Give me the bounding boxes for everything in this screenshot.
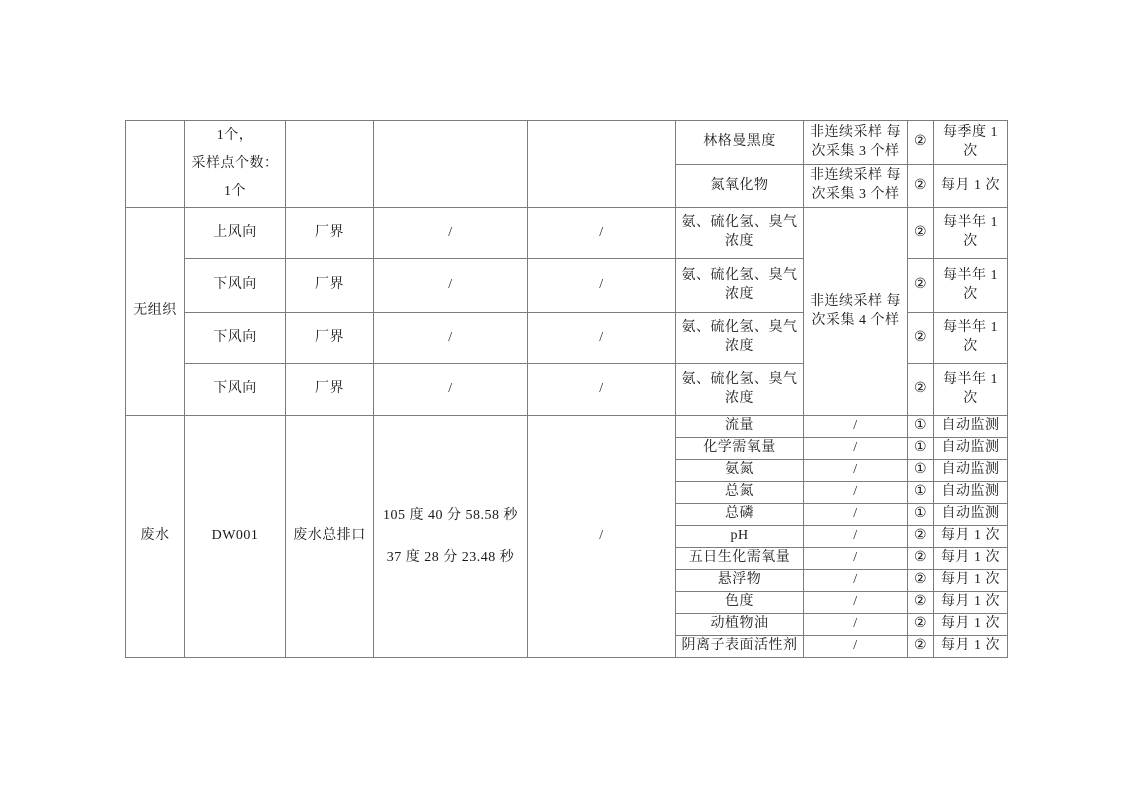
sampling-method-cell: / [804,548,908,570]
method-mark-cell: ② [908,259,934,313]
method-mark-cell: ② [908,570,934,592]
slash-cell: / [374,208,528,259]
method-mark-cell: ② [908,208,934,259]
sampling-method-cell: / [804,614,908,636]
location-cell: 厂界 [286,364,374,416]
sample-point-line: 1个， [188,122,282,150]
longitude-text: 105 度 40 分 58.58 秒 [377,507,524,525]
slash-cell: / [528,313,676,364]
method-mark-cell: ② [908,592,934,614]
sampling-method-cell: / [804,526,908,548]
sampling-method-cell: 非连续采样 每次采集 4 个样 [804,208,908,416]
pollutant-cell: 林格曼黑度 [676,121,804,165]
frequency-cell: 每半年 1 次 [934,259,1008,313]
outlet-code-cell: DW001 [185,416,286,658]
method-mark-cell: ① [908,482,934,504]
frequency-cell: 每月 1 次 [934,165,1008,208]
outlet-name-cell: 废水总排口 [286,416,374,658]
pollutant-cell: 色度 [676,592,804,614]
frequency-cell: 每半年 1 次 [934,364,1008,416]
frequency-cell: 自动监测 [934,504,1008,526]
frequency-cell: 自动监测 [934,438,1008,460]
method-mark-cell: ② [908,548,934,570]
frequency-cell: 每月 1 次 [934,636,1008,658]
slash-cell: / [374,313,528,364]
frequency-cell: 每月 1 次 [934,614,1008,636]
pollutant-cell: 总氮 [676,482,804,504]
location-cell: 厂界 [286,259,374,313]
method-mark-cell: ② [908,165,934,208]
frequency-cell: 每月 1 次 [934,570,1008,592]
method-mark-cell: ① [908,416,934,438]
pollutant-cell: 氨氮 [676,460,804,482]
table-row: 无组织 上风向 厂界 / / 氨、硫化氢、臭气浓度 非连续采样 每次采集 4 个… [126,208,1008,259]
location-cell: 厂界 [286,313,374,364]
sampling-method-cell: / [804,482,908,504]
empty-cell [528,121,676,208]
sampling-method-cell: / [804,570,908,592]
slash-cell: / [528,416,676,658]
method-mark-cell: ② [908,636,934,658]
pollutant-cell: 化学需氧量 [676,438,804,460]
sample-point-count-cell: 1个， 采样点个数： 1个 [185,121,286,208]
pollutant-cell: 阴离子表面活性剂 [676,636,804,658]
frequency-cell: 自动监测 [934,460,1008,482]
pollutant-cell: 氨、硫化氢、臭气浓度 [676,259,804,313]
pollutant-cell: 氨、硫化氢、臭气浓度 [676,208,804,259]
sampling-method-cell: 非连续采样 每次采集 3 个样 [804,121,908,165]
method-mark-cell: ② [908,121,934,165]
sample-point-line: 采样点个数： [188,150,282,178]
method-mark-cell: ② [908,364,934,416]
frequency-cell: 每月 1 次 [934,548,1008,570]
sampling-method-cell: / [804,592,908,614]
document-page: 1个， 采样点个数： 1个 林格曼黑度 非连续采样 每次采集 3 个样 ② 每季… [0,0,1131,800]
wind-direction-cell: 下风向 [185,313,286,364]
method-mark-cell: ② [908,313,934,364]
slash-cell: / [374,364,528,416]
slash-cell: / [528,208,676,259]
latitude-text: 37 度 28 分 23.48 秒 [377,549,524,567]
slash-cell: / [528,364,676,416]
method-mark-cell: ② [908,526,934,548]
pollutant-cell: pH [676,526,804,548]
empty-cell [374,121,528,208]
table-row: 1个， 采样点个数： 1个 林格曼黑度 非连续采样 每次采集 3 个样 ② 每季… [126,121,1008,165]
wind-direction-cell: 下风向 [185,364,286,416]
slash-cell: / [374,259,528,313]
coordinates-cell: 105 度 40 分 58.58 秒 37 度 28 分 23.48 秒 [374,416,528,658]
table-row: 废水 DW001 废水总排口 105 度 40 分 58.58 秒 37 度 2… [126,416,1008,438]
frequency-cell: 每半年 1 次 [934,313,1008,364]
empty-cell [286,121,374,208]
frequency-cell: 自动监测 [934,416,1008,438]
slash-cell: / [528,259,676,313]
sampling-method-cell: / [804,636,908,658]
sampling-method-cell: / [804,460,908,482]
pollutant-cell: 氮氧化物 [676,165,804,208]
wind-direction-cell: 下风向 [185,259,286,313]
frequency-cell: 每半年 1 次 [934,208,1008,259]
monitoring-table: 1个， 采样点个数： 1个 林格曼黑度 非连续采样 每次采集 3 个样 ② 每季… [125,120,1008,658]
frequency-cell: 每月 1 次 [934,526,1008,548]
sampling-method-cell: / [804,504,908,526]
sampling-method-cell: / [804,438,908,460]
pollutant-cell: 氨、硫化氢、臭气浓度 [676,364,804,416]
pollutant-cell: 悬浮物 [676,570,804,592]
sampling-method-cell: 非连续采样 每次采集 3 个样 [804,165,908,208]
method-mark-cell: ① [908,460,934,482]
frequency-cell: 自动监测 [934,482,1008,504]
pollutant-cell: 五日生化需氧量 [676,548,804,570]
method-mark-cell: ① [908,504,934,526]
frequency-cell: 每月 1 次 [934,592,1008,614]
category-cell [126,121,185,208]
method-mark-cell: ② [908,614,934,636]
frequency-cell: 每季度 1 次 [934,121,1008,165]
pollutant-cell: 氨、硫化氢、臭气浓度 [676,313,804,364]
pollutant-cell: 总磷 [676,504,804,526]
category-cell: 无组织 [126,208,185,416]
location-cell: 厂界 [286,208,374,259]
wind-direction-cell: 上风向 [185,208,286,259]
category-cell: 废水 [126,416,185,658]
method-mark-cell: ① [908,438,934,460]
pollutant-cell: 流量 [676,416,804,438]
sample-point-line: 1个 [188,178,282,206]
pollutant-cell: 动植物油 [676,614,804,636]
sampling-method-cell: / [804,416,908,438]
